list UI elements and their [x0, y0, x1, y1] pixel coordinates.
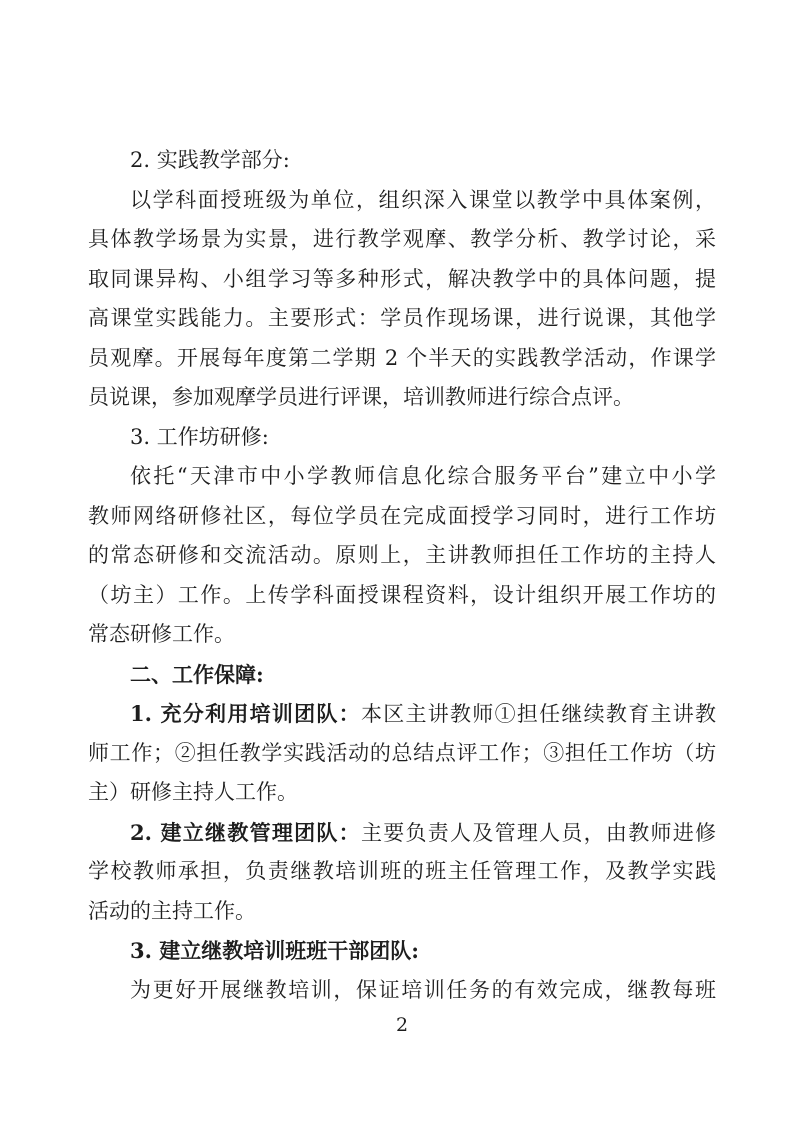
- text-line-14: 二、工作保障:: [88, 655, 716, 695]
- text-segment: 本区主讲教师①担任继续教育主讲教: [361, 702, 716, 726]
- text-segment-bold: 1. 充分利用培训团队：: [130, 701, 361, 726]
- text-line-11: 的常态研修和交流活动。原则上，主讲教师担任工作坊的主持人: [88, 536, 716, 576]
- document-body: 2. 实践教学部分:以学科面授班级为单位，组织深入课堂以教学中具体案例，具体教学…: [88, 141, 716, 1010]
- text-line-5: 高课堂实践能力。主要形式：学员作现场课，进行说课，其他学: [88, 299, 716, 339]
- document-page: 2. 实践教学部分:以学科面授班级为单位，组织深入课堂以教学中具体案例，具体教学…: [0, 0, 793, 1122]
- text-line-4: 取同课异构、小组学习等多种形式，解决教学中的具体问题，提: [88, 260, 716, 300]
- text-segment: 活动的主持工作。: [88, 899, 256, 923]
- text-segment: 为更好开展继教培训，保证培训任务的有效完成，继教每班: [130, 978, 716, 1002]
- text-segment: 主要负责人及管理人员，由教师进修: [361, 821, 716, 845]
- text-line-9: 依托“天津市中小学教师信息化综合服务平台”建立中小学: [88, 457, 716, 497]
- page-number: 2: [396, 1014, 408, 1036]
- text-line-3: 具体教学场景为实景，进行教学观摩、教学分析、教学讨论，采: [88, 220, 716, 260]
- text-segment: 取同课异构、小组学习等多种形式，解决教学中的具体问题，提: [88, 267, 716, 291]
- text-line-16: 师工作；②担任教学实践活动的总结点评工作；③担任工作坊（坊: [88, 734, 716, 774]
- text-segment: 以学科面授班级为单位，组织深入课堂以教学中具体案例，: [130, 188, 716, 212]
- text-segment: 2. 实践教学部分:: [130, 148, 290, 172]
- page-footer: 2: [88, 1014, 716, 1036]
- text-line-10: 教师网络研修社区，每位学员在完成面授学习同时，进行工作坊: [88, 497, 716, 537]
- text-line-19: 学校教师承担，负责继教培训班的班主任管理工作，及教学实践: [88, 852, 716, 892]
- text-line-7: 员说课，参加观摩学员进行评课，培训教师进行综合点评。: [88, 378, 716, 418]
- text-segment-bold: 二、工作保障:: [130, 662, 264, 687]
- text-segment: 具体教学场景为实景，进行教学观摩、教学分析、教学讨论，采: [88, 227, 716, 251]
- text-segment: （坊主）工作。上传学科面授课程资料，设计组织开展工作坊的: [88, 583, 716, 607]
- text-line-13: 常态研修工作。: [88, 615, 716, 655]
- text-segment: 依托“天津市中小学教师信息化综合服务平台”建立中小学: [130, 464, 716, 488]
- text-segment: 3. 工作坊研修:: [130, 425, 269, 449]
- text-segment: 教师网络研修社区，每位学员在完成面授学习同时，进行工作坊: [88, 504, 716, 528]
- text-segment: 学校教师承担，负责继教培训班的班主任管理工作，及教学实践: [88, 859, 716, 883]
- text-line-8: 3. 工作坊研修:: [88, 418, 716, 458]
- text-segment-bold: 2. 建立继教管理团队：: [130, 820, 361, 845]
- text-segment: 员观摩。开展每年度第二学期 2 个半天的实践教学活动，作课学: [88, 346, 716, 370]
- text-line-18: 2. 建立继教管理团队：主要负责人及管理人员，由教师进修: [88, 813, 716, 853]
- text-segment: 的常态研修和交流活动。原则上，主讲教师担任工作坊的主持人: [88, 543, 716, 567]
- text-line-6: 员观摩。开展每年度第二学期 2 个半天的实践教学活动，作课学: [88, 339, 716, 379]
- text-line-1: 2. 实践教学部分:: [88, 141, 716, 181]
- text-line-17: 主）研修主持人工作。: [88, 773, 716, 813]
- text-segment: 员说课，参加观摩学员进行评课，培训教师进行综合点评。: [88, 385, 634, 409]
- text-line-20: 活动的主持工作。: [88, 892, 716, 932]
- text-line-21: 3. 建立继教培训班班干部团队:: [88, 931, 716, 971]
- text-segment: 常态研修工作。: [88, 622, 235, 646]
- text-segment: 师工作；②担任教学实践活动的总结点评工作；③担任工作坊（坊: [88, 741, 716, 765]
- text-segment: 高课堂实践能力。主要形式：学员作现场课，进行说课，其他学: [88, 306, 716, 330]
- text-segment: 主）研修主持人工作。: [88, 780, 298, 804]
- text-line-2: 以学科面授班级为单位，组织深入课堂以教学中具体案例，: [88, 181, 716, 221]
- text-line-15: 1. 充分利用培训团队：本区主讲教师①担任继续教育主讲教: [88, 694, 716, 734]
- text-line-12: （坊主）工作。上传学科面授课程资料，设计组织开展工作坊的: [88, 576, 716, 616]
- text-segment-bold: 3. 建立继教培训班班干部团队:: [130, 938, 419, 963]
- text-line-22: 为更好开展继教培训，保证培训任务的有效完成，继教每班: [88, 971, 716, 1011]
